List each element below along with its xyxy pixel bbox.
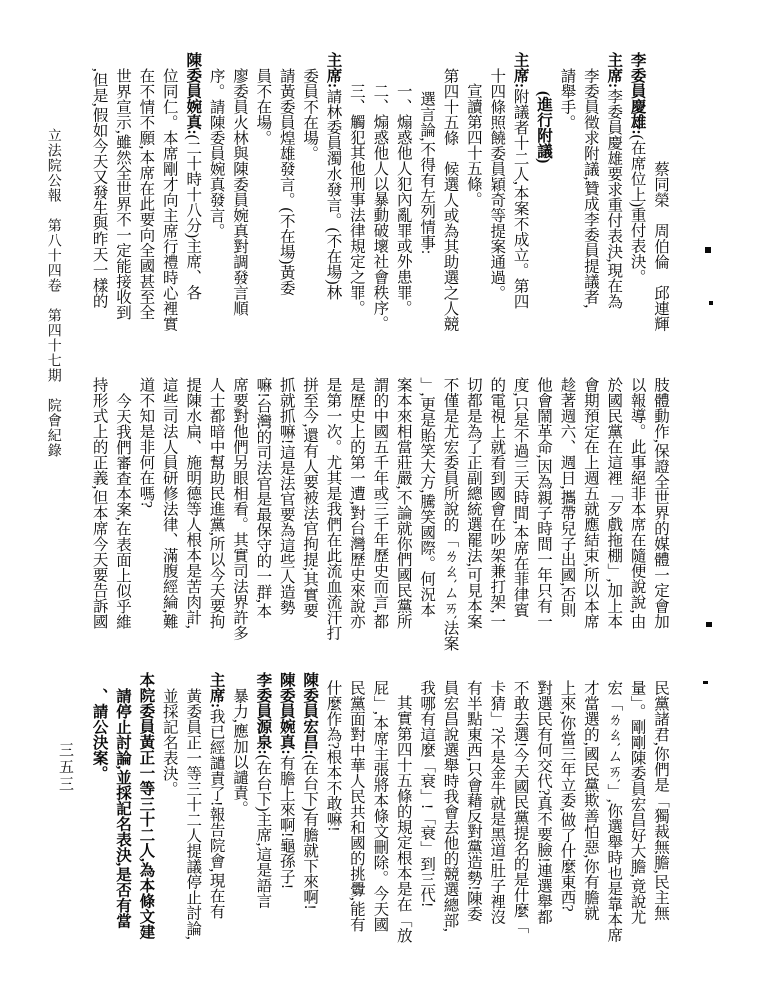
text-column: 會期預定在上週五就應結束,所以本席 bbox=[578, 377, 601, 645]
ink-speck bbox=[703, 681, 708, 684]
ink-speck bbox=[705, 247, 711, 253]
text-column: 在不情不願,本席在此要向全國甚至全 bbox=[134, 52, 157, 344]
text-column: 對選民有何交代?真不要臉!連選舉都 bbox=[532, 672, 555, 968]
text-column: 席要對他們另眼相看。其實司法界許多 bbox=[228, 377, 251, 645]
text-column: ,但是,假如今天又發生與昨天一樣的 bbox=[87, 52, 110, 344]
text-column: 不僅是尤宏委員所說的「ㄌㄠˋㄙㄞˋ法案 bbox=[438, 377, 461, 645]
gazette-page: 立法院公報 第八十四卷 第四十七期 院會紀錄 三五三 蔡同榮 周伯倫 邱連輝李委… bbox=[0, 0, 768, 1003]
text-column: 人士都暗中幫助民進黨,所以今天要拘 bbox=[204, 377, 227, 645]
text-column: 肢體動作,保證全世界的媒體一定會加 bbox=[649, 377, 672, 645]
text-column: 提陳水扁、施明德等人根本是苦肉計, bbox=[181, 377, 204, 645]
text-band-bottom: 民黨諸君,你們是「獨裁無膽,民主無量」。剛剛陳委員宏昌好大膽,竟說尤宏「ㄌㄠˋㄙ… bbox=[87, 672, 672, 968]
text-column: 其實第四十五條的規定根本是在「放 bbox=[391, 672, 414, 968]
text-column: 案本來相當莊嚴,不論就你們國民黨所 bbox=[391, 377, 414, 645]
text-column: 一、煽惑他人犯內亂罪或外患罪。 bbox=[391, 52, 414, 344]
text-column: 廖委員火林與陳委員婉真對調發言順 bbox=[228, 52, 251, 344]
text-column: 、請公決案。 bbox=[87, 672, 110, 968]
text-column: 選言論,不得有左列情事: bbox=[415, 52, 438, 344]
text-column: 請舉手。 bbox=[555, 52, 578, 344]
text-column: 今天我們審查本案,在表面上似乎維 bbox=[111, 377, 134, 645]
text-column: 切都是為了正副總統選罷法,可見本案 bbox=[461, 377, 484, 645]
text-column: 第四十五條 候選人或為其助選之人競 bbox=[438, 52, 461, 344]
text-column: 黃委員正一等三十二人提議停止討論, bbox=[181, 672, 204, 968]
text-column: 三、觸犯其他刑事法律規定之罪。 bbox=[345, 52, 368, 344]
text-column: 拼至今,還有人要被法官拘提;其實要 bbox=[298, 377, 321, 645]
text-column: 主席:我已經譴責了!報告院會,現在有 bbox=[204, 672, 227, 968]
text-column: 民黨面對中華人民共和國的挑釁,能有 bbox=[345, 672, 368, 968]
text-column: 才當選的,國民黨欺善怕惡,你有膽就 bbox=[578, 672, 601, 968]
text-column: 李委員慶雄:(在席位上)重付表決。 bbox=[625, 52, 648, 344]
text-column: 主席:附議者十二人,本案不成立。第四 bbox=[508, 52, 531, 344]
text-column: 陳委員婉真:(二十時十八分)主席、各 bbox=[181, 52, 204, 344]
text-column: 於國民黨在這裡「歹戲拖棚」,加上本 bbox=[602, 377, 625, 645]
text-column: 我哪有這麼「衰」!「衰」到三代! bbox=[415, 672, 438, 968]
text-column: 主席:李委員慶雄要求重付表決,現在為 bbox=[602, 52, 625, 344]
text-column: 卡猜」?不是金牛就是黑道!肚子裡沒 bbox=[485, 672, 508, 968]
text-column: 主席:請林委員濁水發言。(不在場)林 bbox=[321, 52, 344, 344]
page-number: 三五三 bbox=[56, 742, 74, 793]
text-column: 有半點東西,只會藉反對黨造勢!陳委 bbox=[461, 672, 484, 968]
text-column: 並採記名表決。 bbox=[157, 672, 180, 968]
text-column: 李委員源泉:(在台下)主席,這是語言 bbox=[251, 672, 274, 968]
text-band-middle: 肢體動作,保證全世界的媒體一定會加以報導。此事絕非本席在隨便說說,由於國民黨在這… bbox=[87, 377, 672, 645]
text-column: 暴力,應加以譴責。 bbox=[228, 672, 251, 968]
text-column: 上來,你當三年立委,做了什麼東西? bbox=[555, 672, 578, 968]
text-column: 序。請陳委員婉真發言。 bbox=[204, 52, 227, 344]
text-column: 的電視上就看到國會在吵架兼打架,一 bbox=[485, 377, 508, 645]
text-column: 員不在場。 bbox=[251, 52, 274, 344]
spine-caption: 立法院公報 第八十四卷 第四十七期 院會紀錄 bbox=[44, 128, 61, 458]
text-column: 請停止討論,並採記名表決,是否有當 bbox=[111, 672, 134, 968]
text-column: 十四條照饒委員穎奇等提案通過。 bbox=[485, 52, 508, 344]
text-column: 屁」,本席主張將本條文刪除。今天國 bbox=[368, 672, 391, 968]
text-column: 本院委員黃正一等三十二人,為本條文建 bbox=[134, 672, 157, 968]
text-column: 什麼作為?根本不敢嘛! bbox=[321, 672, 344, 968]
text-column: 民黨諸君,你們是「獨裁無膽,民主無 bbox=[649, 672, 672, 968]
text-column: 謂的中國五千年或三千年歷史而言,都 bbox=[368, 377, 391, 645]
text-column: (進行附議) bbox=[532, 52, 555, 344]
ink-speck bbox=[706, 622, 712, 627]
text-column: 」,更是貽笑大方,騰笑國際。何況本 bbox=[415, 377, 438, 645]
text-column: 以報導。此事絕非本席在隨便說說,由 bbox=[625, 377, 648, 645]
text-column: 員宏昌說選舉時我會去他的競選總部, bbox=[438, 672, 461, 968]
ink-speck bbox=[709, 301, 713, 305]
text-column: 趁著週六、週日,攜帶兒子出國,否則 bbox=[555, 377, 578, 645]
text-column: 李委員徵求附議,贊成李委員提議者, bbox=[578, 52, 601, 344]
text-column: 宣讀第四十五條。 bbox=[461, 52, 484, 344]
text-column: 不敢去選!今天國民黨提名的是什麼「 bbox=[508, 672, 531, 968]
text-column: 陳委員婉真:有膽上來啊!龜孫子! bbox=[274, 672, 297, 968]
text-column: 嘛!台灣的司法官是最保守的一群,本 bbox=[251, 377, 274, 645]
text-column: 是第一次。尤其是我們在此流血流汗打 bbox=[321, 377, 344, 645]
text-column: 他會鬧革命,因為親子時間一年只有一 bbox=[532, 377, 555, 645]
text-column: 委員不在場。 bbox=[298, 52, 321, 344]
text-column: 度,只是不過三天時間,本席在菲律賓 bbox=[508, 377, 531, 645]
text-column: 量」。剛剛陳委員宏昌好大膽,竟說尤 bbox=[625, 672, 648, 968]
text-column: 宏「ㄌㄠˋㄙㄞˋ」,你選舉時也是靠本席 bbox=[602, 672, 625, 968]
text-band-top: 蔡同榮 周伯倫 邱連輝李委員慶雄:(在席位上)重付表決。主席:李委員慶雄要求重付… bbox=[87, 52, 672, 344]
text-column: 這些司法人員研修法律、滿腹經綸,難 bbox=[157, 377, 180, 645]
text-column: 請黃委員煌雄發言。(不在場)黃委 bbox=[274, 52, 297, 344]
text-column: 是歷史上的第一遭,對台灣歷史來說亦 bbox=[345, 377, 368, 645]
text-column: 二、煽惑他人以暴動破壞社會秩序。 bbox=[368, 52, 391, 344]
text-column: 陳委員宏昌:(在台下)有膽就下來啊! bbox=[298, 672, 321, 968]
text-column: 持形式上的正義,但本席今天要告訴國 bbox=[87, 377, 110, 645]
text-column: 世界宣示,雖然全世界不一定能接收到 bbox=[111, 52, 134, 344]
text-column: 道不知是非何在嗎? bbox=[134, 377, 157, 645]
text-column: 蔡同榮 周伯倫 邱連輝 bbox=[649, 52, 672, 344]
text-column: 抓就抓嘛!這是法官要為這些人造勢 bbox=[274, 377, 297, 645]
text-column: 位同仁。本席剛才向主席行禮時心裡實 bbox=[157, 52, 180, 344]
